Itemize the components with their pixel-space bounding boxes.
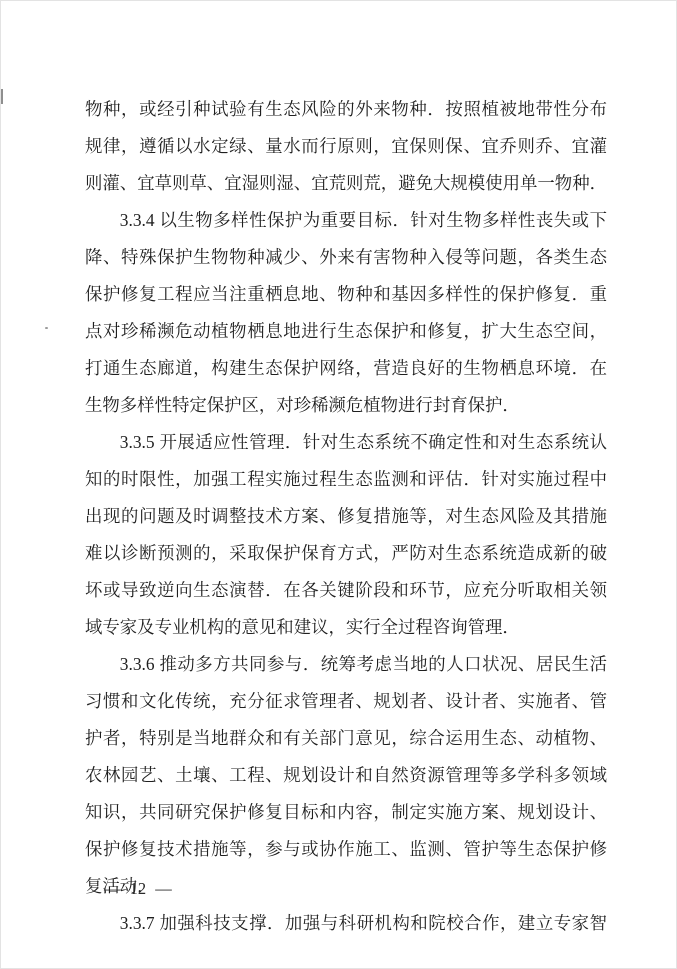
document-page: 物种，或经引种试验有生态风险的外来物种．按照植被地带性分布规律，遵循以水定绿、量… — [0, 0, 677, 969]
paragraph: 物种，或经引种试验有生态风险的外来物种．按照植被地带性分布规律，遵循以水定绿、量… — [85, 91, 607, 202]
text-line: 规律，遵循以水定绿、量水而行原则，宜保则保、宜乔则乔、宜灌 — [85, 128, 607, 165]
text-line: 域专家及专业机构的意见和建议，实行全过程咨询管理． — [85, 609, 607, 646]
text-line: 打通生态廊道，构建生态保护网络，营造良好的生物栖息环境．在 — [85, 350, 607, 387]
text-line: 保护修复工程应当注重栖息地、物种和基因多样性的保护修复．重 — [85, 276, 607, 313]
text-line: 习惯和文化传统，充分征求管理者、规划者、设计者、实施者、管 — [85, 683, 607, 720]
paragraph: 3.3.4 以生物多样性保护为重要目标．针对生物多样性丧失或下降、特殊保护生物物… — [85, 202, 607, 424]
text-line: 则灌、宜草则草、宜湿则湿、宜荒则荒，避免大规模使用单一物种． — [85, 165, 607, 202]
text-block: 物种，或经引种试验有生态风险的外来物种．按照植被地带性分布规律，遵循以水定绿、量… — [85, 91, 607, 942]
text-line: 点对珍稀濒危动植物栖息地进行生态保护和修复，扩大生态空间， — [85, 313, 607, 350]
text-line: 3.3.5 开展适应性管理．针对生态系统不确定性和对生态系统认 — [85, 424, 607, 461]
text-line: 知的时限性，加强工程实施过程生态监测和评估．针对实施过程中 — [85, 461, 607, 498]
text-line: 降、特殊保护生物物种减少、外来有害物种入侵等问题，各类生态 — [85, 239, 607, 276]
page-number: — 12 — — [104, 877, 172, 901]
text-line: 坏或导致逆向生态演替．在各关键阶段和环节，应充分听取相关领 — [85, 572, 607, 609]
text-line: 3.3.7 加强科技支撑．加强与科研机构和院校合作，建立专家智 — [85, 905, 607, 942]
text-line: 3.3.6 推动多方共同参与．统筹考虑当地的人口状况、居民生活 — [85, 646, 607, 683]
text-line: 保护修复技术措施等，参与或协作施工、监测、管护等生态保护修 — [85, 831, 607, 868]
text-line: 3.3.4 以生物多样性保护为重要目标．针对生物多样性丧失或下 — [85, 202, 607, 239]
text-line: 生物多样性特定保护区，对珍稀濒危植物进行封育保护． — [85, 387, 607, 424]
paragraph: 3.3.7 加强科技支撑．加强与科研机构和院校合作，建立专家智 — [85, 905, 607, 942]
text-line: 物种，或经引种试验有生态风险的外来物种．按照植被地带性分布 — [85, 91, 607, 128]
text-line: 知识，共同研究保护修复目标和内容，制定实施方案、规划设计、 — [85, 794, 607, 831]
text-line: 难以诊断预测的，采取保护保育方式，严防对生态系统造成新的破 — [85, 535, 607, 572]
paragraph: 3.3.6 推动多方共同参与．统筹考虑当地的人口状况、居民生活习惯和文化传统，充… — [85, 646, 607, 905]
text-line: 出现的问题及时调整技术方案、修复措施等，对生态风险及其措施 — [85, 498, 607, 535]
text-line: 农林园艺、土壤、工程、规划设计和自然资源管理等多学科多领域 — [85, 757, 607, 794]
text-line: 护者，特别是当地群众和有关部门意见，综合运用生态、动植物、 — [85, 720, 607, 757]
scan-edge-artifact — [1, 89, 3, 104]
scan-speck-artifact — [45, 327, 48, 329]
paragraph: 3.3.5 开展适应性管理．针对生态系统不确定性和对生态系统认知的时限性，加强工… — [85, 424, 607, 646]
